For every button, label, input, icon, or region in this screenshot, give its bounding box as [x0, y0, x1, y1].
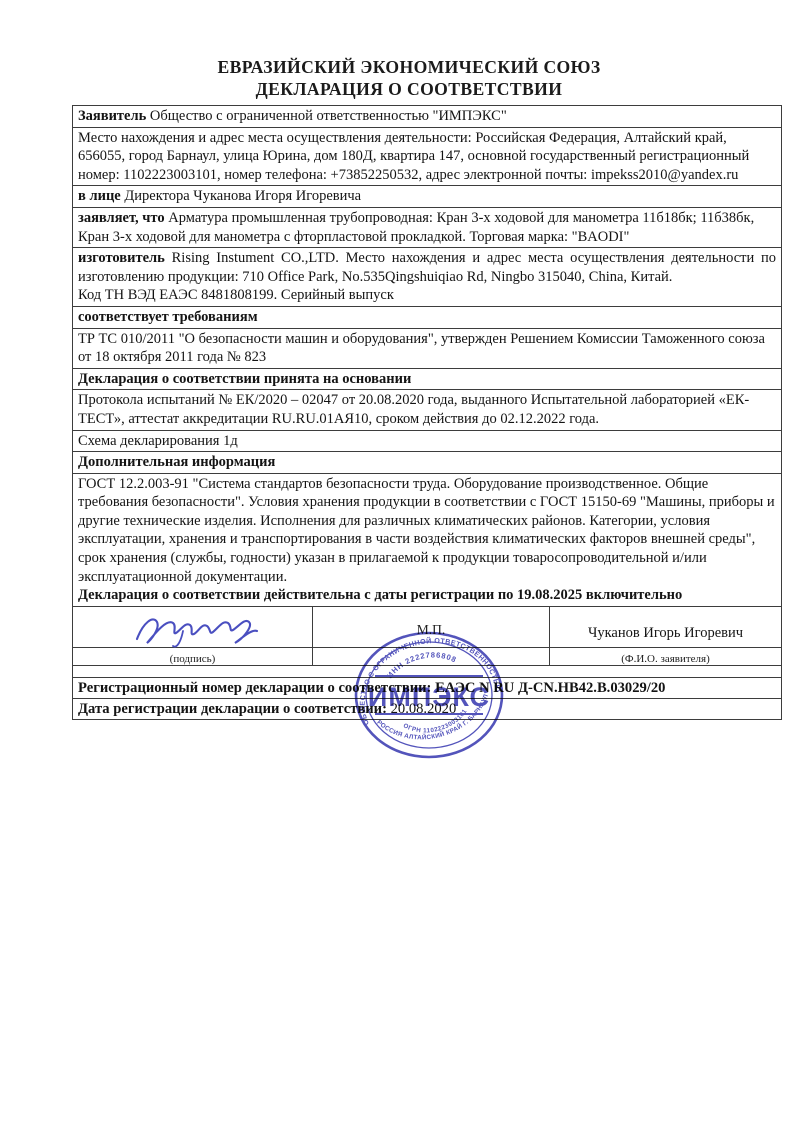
row-in-person: в лице Директора Чуканова Игоря Игоревич… [72, 185, 782, 208]
stamp-caption-spacer [313, 647, 550, 665]
document-title: ДЕКЛАРАЦИЯ О СООТВЕТСТВИИ [64, 78, 754, 100]
validity-statement: Декларация о соответствии действительна … [78, 586, 776, 605]
manufacturer-label: изготовитель [78, 250, 165, 266]
basis-label: Декларация о соответствии принята на осн… [78, 371, 411, 387]
row-basis-value: Протокола испытаний № ЕК/2020 – 02047 от… [72, 389, 782, 430]
registration-date-value: 20.08.2020 [391, 701, 457, 717]
signature-cell [73, 607, 313, 647]
signature-block: М.П. Чуканов Игорь Игоревич (подпись) (Ф… [72, 606, 782, 666]
tnved-code: Код ТН ВЭД ЕАЭС 8481808199. Серийный вып… [78, 286, 776, 305]
union-title: ЕВРАЗИЙСКИЙ ЭКОНОМИЧЕСКИЙ СОЮЗ [64, 56, 754, 78]
document-header: ЕВРАЗИЙСКИЙ ЭКОНОМИЧЕСКИЙ СОЮЗ ДЕКЛАРАЦИ… [64, 56, 754, 100]
declares-value: Арматура промышленная трубопроводная: Кр… [78, 210, 754, 245]
fio-caption: (Ф.И.О. заявителя) [550, 647, 781, 665]
declaration-table: Заявитель Общество с ограниченной ответс… [72, 105, 782, 720]
stamp-place-label: М.П. [313, 607, 550, 647]
row-applicant: Заявитель Общество с ограниченной ответс… [72, 105, 782, 128]
registration-date-label: Дата регистрации декларации о соответств… [78, 701, 387, 717]
row-meets-label: соответствует требованиям [72, 306, 782, 329]
in-person-value: Директора Чуканова Игоря Игоревича [124, 188, 361, 204]
in-person-label: в лице [78, 188, 121, 204]
basis-value: Протокола испытаний № ЕК/2020 – 02047 от… [78, 392, 749, 427]
applicant-fio: Чуканов Игорь Игоревич [550, 607, 781, 647]
row-basis-label: Декларация о соответствии принята на осн… [72, 368, 782, 391]
registration-number-label: Регистрационный номер декларации о соотв… [78, 680, 431, 696]
row-meets-value: ТР ТС 010/2011 "О безопасности машин и о… [72, 328, 782, 369]
row-declares: заявляет, что Арматура промышленная труб… [72, 207, 782, 248]
row-manufacturer: изготовитель Rising Instument CO.,LTD. М… [72, 247, 782, 307]
meets-value: ТР ТС 010/2011 "О безопасности машин и о… [78, 331, 765, 366]
meets-label: соответствует требованиям [78, 309, 258, 325]
row-applicant-address: Место нахождения и адрес места осуществл… [72, 127, 782, 187]
manufacturer-value: Rising Instument CO.,LTD. Место нахожден… [78, 250, 776, 285]
scheme-value: Схема декларирования 1д [78, 433, 238, 449]
additional-label: Дополнительная информация [78, 454, 275, 470]
row-registration-date: Дата регистрации декларации о соответств… [72, 698, 782, 720]
registration-number-value: ЕАЭС N RU Д-CN.НВ42.В.03029/20 [435, 680, 665, 696]
row-registration-number: Регистрационный номер декларации о соотв… [72, 677, 782, 699]
applicant-address: Место нахождения и адрес места осуществл… [78, 130, 749, 183]
handwritten-signature [131, 609, 261, 651]
row-scheme: Схема декларирования 1д [72, 430, 782, 453]
applicant-value: Общество с ограниченной ответственностью… [150, 108, 507, 124]
declaration-document: ЕВРАЗИЙСКИЙ ЭКОНОМИЧЕСКИЙ СОЮЗ ДЕКЛАРАЦИ… [0, 0, 794, 1123]
applicant-label: Заявитель [78, 108, 146, 124]
additional-value: ГОСТ 12.2.003-91 "Система стандартов без… [78, 475, 776, 587]
row-additional-value: ГОСТ 12.2.003-91 "Система стандартов без… [72, 473, 782, 607]
row-additional-label: Дополнительная информация [72, 451, 782, 474]
declares-label: заявляет, что [78, 210, 165, 226]
